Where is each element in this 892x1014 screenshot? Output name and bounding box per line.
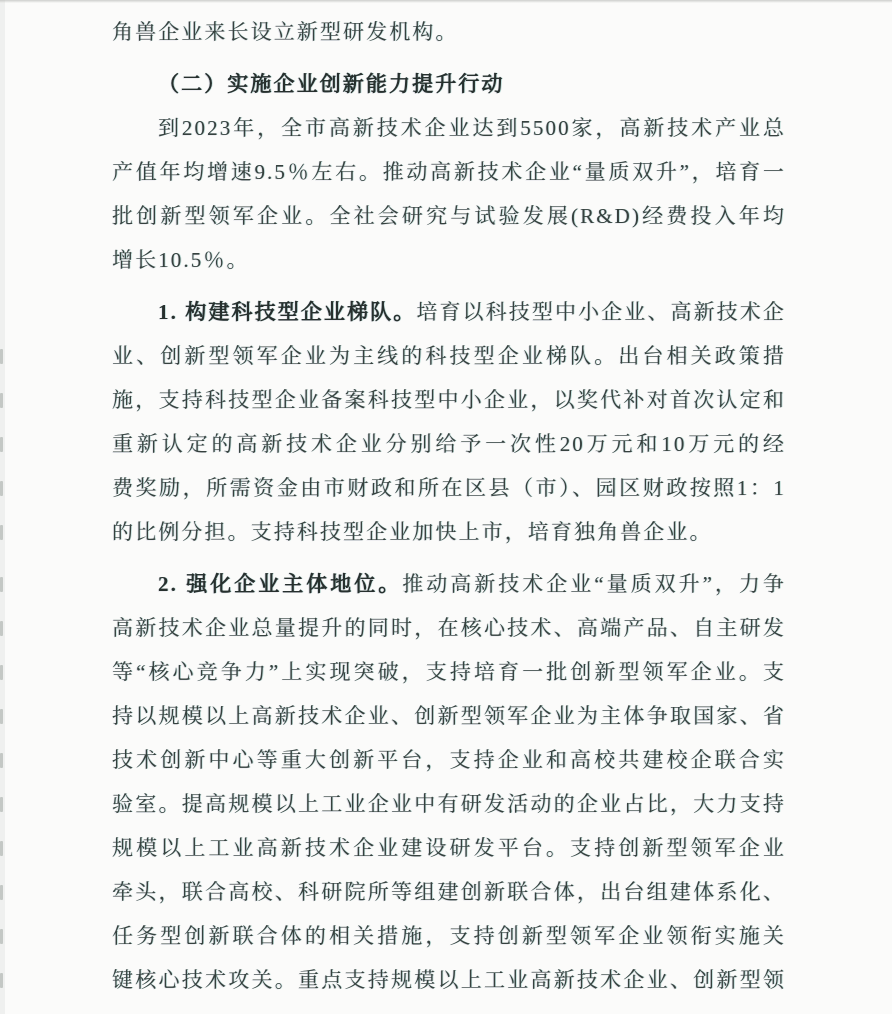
paragraph: 到2023年，全市高新技术企业达到5500家，高新技术产业总产值年均增速9.5％… (112, 106, 786, 282)
bold-text-segment: （二）实施企业创新能力提升行动 (158, 72, 505, 96)
text-segment: 的比例分担。支持科技型企业加快上市，培育独角兽企业。 (112, 520, 713, 544)
scan-edge-dash-artifact (0, 929, 3, 944)
scan-edge-dash-artifact (0, 481, 3, 496)
text-line: 任务型创新联合体的相关措施，支持创新型领军企业领衔实施关 (112, 914, 786, 958)
scan-edge-dash-artifact (0, 621, 3, 636)
text-line: 验室。提高规模以上工业企业中有研发活动的企业占比，大力支持 (112, 782, 786, 826)
text-segment: 推动高新技术企业“量质双升”，力争 (402, 572, 786, 596)
scan-edge-dash-artifact (0, 349, 3, 364)
text-line: 业、创新型领军企业为主线的科技型企业梯队。出台相关政策措 (112, 334, 786, 378)
text-segment: 验室。提高规模以上工业企业中有研发活动的企业占比，大力支持 (112, 792, 786, 816)
text-segment: 规模以上工业高新技术企业建设研发平台。支持创新型领军企业 (112, 836, 786, 860)
paragraph: 2. 强化企业主体地位。推动高新技术企业“量质双升”，力争高新技术企业总量提升的… (112, 562, 786, 1002)
text-line: 重新认定的高新技术企业分别给予一次性20万元和10万元的经 (112, 422, 786, 466)
text-line: 的比例分担。支持科技型企业加快上市，培育独角兽企业。 (112, 510, 786, 554)
text-segment: 业、创新型领军企业为主线的科技型企业梯队。出台相关政策措 (112, 344, 786, 368)
text-segment: 到2023年，全市高新技术企业达到5500家，高新技术产业总 (158, 116, 786, 140)
scan-top-edge-artifact (0, 0, 892, 3)
scan-edge-dash-artifact (0, 665, 3, 680)
text-segment: 费奖励，所需资金由市财政和所在区县（市）、园区财政按照1：1 (112, 476, 786, 500)
text-segment: 技术创新中心等重大创新平台，支持企业和高校共建校企联合实 (112, 748, 786, 772)
text-line: 技术创新中心等重大创新平台，支持企业和高校共建校企联合实 (112, 738, 786, 782)
text-segment: 产值年均增速9.5％左右。推动高新技术企业“量质双升”，培育一 (112, 160, 786, 184)
scan-edge-dash-artifact (0, 525, 3, 540)
paragraph: 角兽企业来长设立新型研发机构。 (112, 10, 786, 54)
scan-edge-dash-artifact (0, 841, 3, 856)
text-segment: 键核心技术攻关。重点支持规模以上工业高新技术企业、创新型领 (112, 968, 786, 992)
scan-edge-dash-artifact (0, 885, 3, 900)
text-line: 2. 强化企业主体地位。推动高新技术企业“量质双升”，力争 (112, 562, 786, 606)
text-segment: 等“核心竞争力”上实现突破，支持培育一批创新型领军企业。支 (112, 660, 786, 684)
text-line: 规模以上工业高新技术企业建设研发平台。支持创新型领军企业 (112, 826, 786, 870)
text-line: 增长10.5％。 (112, 238, 786, 282)
text-segment: 重新认定的高新技术企业分别给予一次性20万元和10万元的经 (112, 432, 786, 456)
text-segment: 角兽企业来长设立新型研发机构。 (112, 20, 459, 44)
document-text-block: 角兽企业来长设立新型研发机构。（二）实施企业创新能力提升行动到2023年，全市高… (112, 10, 786, 1002)
text-line: 施，支持科技型企业备案科技型中小企业，以奖代补对首次认定和 (112, 378, 786, 422)
text-line: 持以规模以上高新技术企业、创新型领军企业为主体争取国家、省 (112, 694, 786, 738)
text-line: 批创新型领军企业。全社会研究与试验发展(R&D)经费投入年均 (112, 194, 786, 238)
scan-left-edge-artifact (0, 0, 5, 1014)
text-line: 键核心技术攻关。重点支持规模以上工业高新技术企业、创新型领 (112, 958, 786, 1002)
text-line: 产值年均增速9.5％左右。推动高新技术企业“量质双升”，培育一 (112, 150, 786, 194)
text-segment: 牵头，联合高校、科研院所等组建创新联合体，出台组建体系化、 (112, 880, 786, 904)
scan-edge-dash-artifact (0, 437, 3, 452)
text-line: 角兽企业来长设立新型研发机构。 (112, 10, 786, 54)
paragraph: 1. 构建科技型企业梯队。培育以科技型中小企业、高新技术企业、创新型领军企业为主… (112, 290, 786, 554)
text-line: （二）实施企业创新能力提升行动 (112, 62, 786, 106)
text-line: 1. 构建科技型企业梯队。培育以科技型中小企业、高新技术企 (112, 290, 786, 334)
text-segment: 培育以科技型中小企业、高新技术企 (416, 300, 786, 324)
bold-text-segment: 1. 构建科技型企业梯队。 (158, 300, 416, 324)
document-page: 角兽企业来长设立新型研发机构。（二）实施企业创新能力提升行动到2023年，全市高… (0, 0, 892, 1014)
text-line: 牵头，联合高校、科研院所等组建创新联合体，出台组建体系化、 (112, 870, 786, 914)
text-segment: 任务型创新联合体的相关措施，支持创新型领军企业领衔实施关 (112, 924, 786, 948)
text-line: 高新技术企业总量提升的同时，在核心技术、高端产品、自主研发 (112, 606, 786, 650)
bold-text-segment: 2. 强化企业主体地位。 (158, 572, 402, 596)
text-line: 到2023年，全市高新技术企业达到5500家，高新技术产业总 (112, 106, 786, 150)
scan-edge-dash-artifact (0, 797, 3, 812)
text-segment: 施，支持科技型企业备案科技型中小企业，以奖代补对首次认定和 (112, 388, 786, 412)
scan-edge-dash-artifact (0, 577, 3, 592)
scan-edge-dash-artifact (0, 973, 3, 988)
text-line: 等“核心竞争力”上实现突破，支持培育一批创新型领军企业。支 (112, 650, 786, 694)
text-line: 费奖励，所需资金由市财政和所在区县（市）、园区财政按照1：1 (112, 466, 786, 510)
text-segment: 增长10.5％。 (112, 248, 250, 272)
text-segment: 批创新型领军企业。全社会研究与试验发展(R&D)经费投入年均 (112, 204, 786, 228)
text-segment: 高新技术企业总量提升的同时，在核心技术、高端产品、自主研发 (112, 616, 786, 640)
section-heading: （二）实施企业创新能力提升行动 (112, 62, 786, 106)
text-segment: 持以规模以上高新技术企业、创新型领军企业为主体争取国家、省 (112, 704, 786, 728)
scan-edge-dash-artifact (0, 753, 3, 768)
scan-edge-dash-artifact (0, 393, 3, 408)
scan-edge-dash-artifact (0, 709, 3, 724)
